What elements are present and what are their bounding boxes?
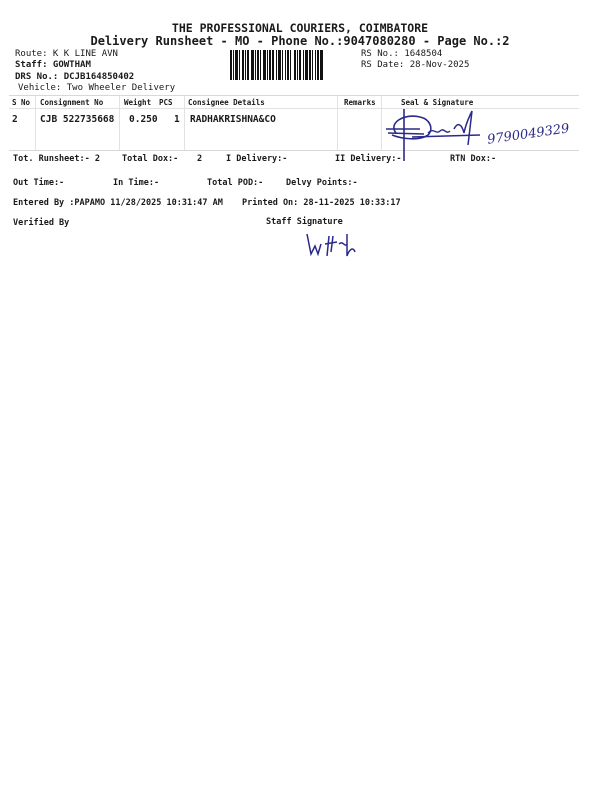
cell-weight: 0.250 <box>129 114 158 125</box>
drs-number: DRS No.: DCJB164850402 <box>15 72 134 82</box>
column-divider <box>337 96 338 150</box>
route-label: Route: K K LINE AVN <box>15 49 118 59</box>
cell-consignee: RADHAKRISHNA&CO <box>190 114 276 125</box>
cell-s-no: 2 <box>12 114 18 125</box>
runsheet-subtitle: Delivery Runsheet - MO - Phone No.:90470… <box>0 34 600 48</box>
entered-by: Entered By :PAPAMO 11/28/2025 10:31:47 A… <box>13 198 223 208</box>
staff-label: Staff: GOWTHAM <box>15 60 91 70</box>
ii-delivery: II Delivery:- <box>335 154 402 164</box>
header-remarks: Remarks <box>344 98 376 107</box>
i-delivery: I Delivery:- <box>226 154 287 164</box>
staff-signature-icon <box>303 232 359 262</box>
verified-by-label: Verified By <box>13 218 69 228</box>
header-s-no: S No <box>12 98 30 107</box>
staff-signature-label: Staff Signature <box>266 217 343 227</box>
cell-consignment-no: CJB 522735668 <box>40 114 114 125</box>
rtn-dox: RTN Dox:- <box>450 154 496 164</box>
printed-on: Printed On: 28-11-2025 10:33:17 <box>242 198 401 208</box>
barcode <box>230 50 358 80</box>
cell-pcs: 1 <box>174 114 180 125</box>
total-pod: Total POD:- <box>207 178 263 188</box>
tot-runsheet: Tot. Runsheet:- 2 <box>13 154 100 164</box>
total-dox-value: 2 <box>197 154 202 164</box>
total-dox-label: Total Dox:- <box>122 154 178 164</box>
company-title: THE PROFESSIONAL COURIERS, COIMBATORE <box>0 21 600 35</box>
header-consignment-no: Consignment No <box>40 98 103 107</box>
in-time: In Time:- <box>113 178 159 188</box>
delvy-points: Delvy Points:- <box>286 178 358 188</box>
out-time: Out Time:- <box>13 178 64 188</box>
rs-date: RS Date: 28-Nov-2025 <box>361 60 469 70</box>
vehicle-label: Vehicle: Two Wheeler Delivery <box>18 83 175 93</box>
column-divider <box>381 96 382 150</box>
header-pcs: PCS <box>159 98 173 107</box>
rs-number: RS No.: 1648504 <box>361 49 442 59</box>
column-divider <box>35 96 36 150</box>
column-divider <box>184 96 185 150</box>
header-weight: Weight <box>124 98 151 107</box>
header-consignee: Consignee Details <box>188 98 265 107</box>
column-divider <box>119 96 120 150</box>
